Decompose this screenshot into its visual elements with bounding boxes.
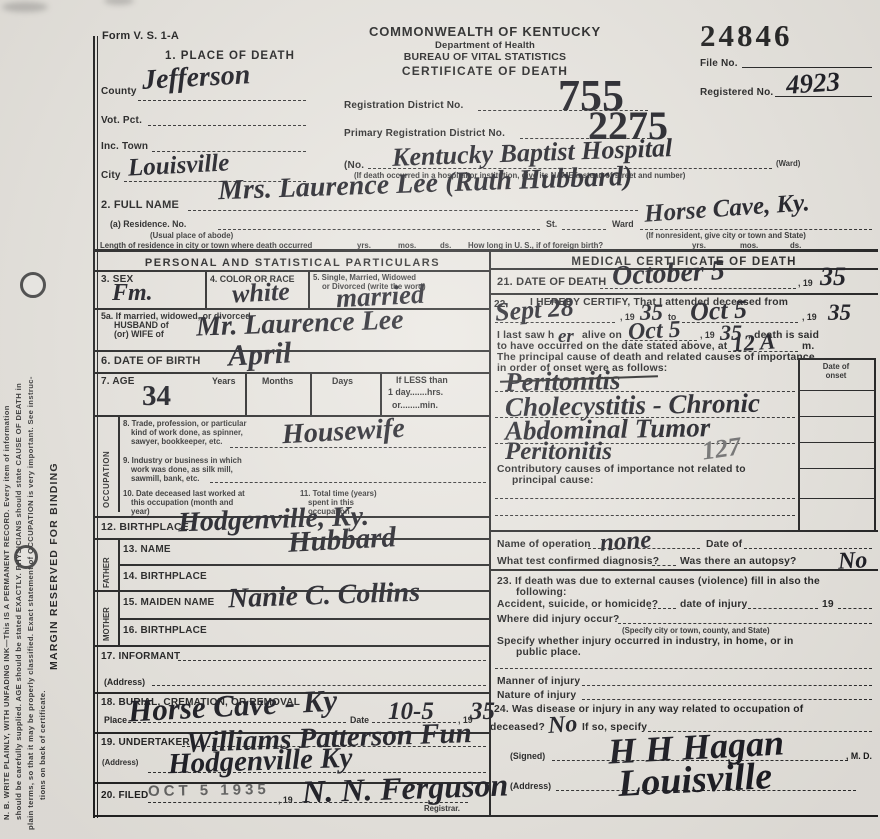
city-label: City bbox=[101, 170, 121, 181]
specify-label-1: Specify whether injury occurred in indus… bbox=[497, 636, 794, 647]
spouse-label-3: (or) WIFE of bbox=[114, 329, 164, 339]
rule-line bbox=[798, 358, 876, 360]
where-injury-label: Where did injury occur? bbox=[497, 614, 619, 625]
residence-value: Horse Cave, Ky. bbox=[643, 189, 810, 228]
bureau-title: BUREAU OF VITAL STATISTICS bbox=[340, 51, 630, 63]
rule-line bbox=[874, 358, 876, 530]
mother-name-value: Nanie C. Collins bbox=[228, 577, 421, 616]
onset-label-2: onset bbox=[800, 371, 872, 380]
inc-town-label: Inc. Town bbox=[101, 141, 148, 152]
full-name-label: 2. FULL NAME bbox=[101, 199, 179, 211]
last-worked-label-1: 10. Date deceased last worked at bbox=[123, 489, 245, 498]
primary-reg-label: Primary Registration District No. bbox=[344, 128, 505, 139]
rule-line bbox=[205, 270, 207, 308]
industry-label-1: 9. Industry or business in which bbox=[123, 456, 242, 465]
county-value: Jefferson bbox=[141, 59, 251, 97]
ward-paren-label: (Ward) bbox=[776, 159, 800, 168]
if-less-label-1: If LESS than bbox=[396, 375, 448, 385]
specify-city-note: (Specify city or town, county, and State… bbox=[622, 626, 770, 635]
nonresident-note: (If nonresident, give city or town and S… bbox=[646, 231, 806, 240]
st-label: St. bbox=[546, 219, 557, 229]
trade-label-3: sawyer, bookkeeper, etc. bbox=[131, 437, 222, 446]
undertaker-label: 19. UNDERTAKER bbox=[101, 737, 190, 748]
rule-line bbox=[95, 415, 490, 417]
rule-line bbox=[798, 468, 876, 469]
rule-line bbox=[798, 498, 876, 499]
if-less-label-2: 1 day.......hrs. bbox=[388, 387, 443, 397]
related-value: No bbox=[547, 711, 578, 740]
rule-line bbox=[95, 372, 490, 374]
vot-pct-line bbox=[148, 125, 306, 126]
sex-value: Fm. bbox=[112, 280, 153, 307]
father-name-label: 13. NAME bbox=[123, 544, 171, 555]
physician-address-label: (Address) bbox=[510, 781, 551, 791]
rule-line bbox=[118, 618, 490, 620]
autopsy-label: Was there an autopsy? bbox=[680, 556, 797, 567]
residence-line bbox=[218, 229, 540, 230]
scan-smudge bbox=[2, 2, 48, 12]
ds-label: ds. bbox=[440, 241, 451, 250]
margin-note-line4: tions on back of certificate. bbox=[38, 640, 47, 800]
rule-line bbox=[95, 815, 878, 817]
mother-vertical-label: MOTHER bbox=[102, 597, 111, 641]
years-label: Years bbox=[212, 376, 235, 386]
father-birthplace-label: 14. BIRTHPLACE bbox=[123, 571, 207, 582]
date-of-label: Date of bbox=[706, 539, 742, 550]
rule-line bbox=[310, 372, 312, 415]
full-name-value: Mrs. Laurence Lee (Ruth Hubbard) bbox=[218, 161, 633, 207]
industry-line bbox=[210, 482, 486, 483]
informant-label: 17. INFORMANT bbox=[101, 651, 180, 662]
operation-label: Name of operation bbox=[497, 539, 591, 550]
ward-label: Ward bbox=[612, 219, 634, 229]
test-line bbox=[652, 565, 676, 566]
father-vertical-label: FATHER bbox=[102, 544, 111, 588]
last-worked-label-3: year) bbox=[131, 507, 150, 516]
cause-margin-note: 127 bbox=[700, 431, 743, 466]
blank-line bbox=[495, 668, 872, 669]
city-value: Louisville bbox=[127, 149, 230, 182]
form-number: Form V. S. 1-A bbox=[102, 30, 179, 42]
department-title: Department of Health bbox=[340, 40, 630, 51]
how-long-us-label: How long in U. S., if of foreign birth? bbox=[468, 241, 603, 250]
ds-label2: ds. bbox=[790, 241, 801, 250]
contributory-label-2: principal cause: bbox=[512, 475, 594, 486]
full-name-line bbox=[188, 210, 638, 211]
rule-line bbox=[798, 358, 800, 530]
margin-note-line2: should be carefully supplied. AGE should… bbox=[14, 120, 23, 820]
rule-line bbox=[95, 645, 490, 647]
registrar-label: Registrar. bbox=[424, 804, 460, 813]
cause-4-value: Peritonitis bbox=[505, 438, 612, 466]
autopsy-value: No bbox=[837, 547, 868, 575]
rule-line bbox=[93, 36, 95, 818]
birthplace-label: 12. BIRTHPLACE bbox=[101, 521, 189, 533]
if-less-label-3: or........min. bbox=[392, 400, 438, 410]
signed-label: (Signed) bbox=[510, 751, 545, 761]
nature-injury-line bbox=[582, 699, 872, 700]
last-saw-label-1: I last saw h bbox=[497, 330, 554, 341]
months-label: Months bbox=[262, 376, 293, 386]
manner-injury-line bbox=[582, 685, 872, 686]
date-injury-line bbox=[748, 608, 818, 609]
occurred-label: to have occurred on the date stated abov… bbox=[497, 341, 727, 352]
trade-value: Housewife bbox=[281, 413, 405, 451]
onset-label-1: Date of bbox=[800, 362, 872, 371]
item-24-label: 24. Was disease or injury in any way rel… bbox=[494, 704, 803, 715]
dob-value: April bbox=[227, 336, 292, 373]
filed-date-stamp: OCT 5 1935 bbox=[148, 781, 270, 800]
contributory-line-2 bbox=[495, 515, 795, 516]
attended-from-line bbox=[495, 322, 615, 323]
mother-birthplace-label: 16. BIRTHPLACE bbox=[123, 625, 207, 636]
test-label: What test confirmed diagnosis? bbox=[497, 556, 659, 567]
md-label: , M. D. bbox=[846, 751, 872, 761]
m-label: m. bbox=[802, 341, 814, 352]
age-label: 7. AGE bbox=[101, 376, 135, 387]
dod-year-value: 35 bbox=[820, 262, 846, 292]
father-name-value: Hubbard bbox=[287, 521, 397, 560]
last-saw-19-label: , 19 bbox=[700, 330, 715, 340]
days-label: Days bbox=[332, 376, 353, 386]
burial-place-label: Place bbox=[104, 715, 127, 725]
rule-line bbox=[118, 415, 120, 512]
certificate-number: 24846 bbox=[700, 18, 793, 54]
total-time-label-1: 11. Total time (years) bbox=[300, 489, 377, 498]
rule-line bbox=[798, 442, 876, 443]
yrs-label2: yrs. bbox=[692, 241, 706, 250]
rule-line bbox=[490, 569, 878, 571]
county-label: County bbox=[101, 86, 137, 97]
rule-line bbox=[97, 36, 98, 818]
vot-pct-label: Vot. Pct. bbox=[101, 115, 142, 126]
margin-binding-label: MARGIN RESERVED FOR BINDING bbox=[48, 325, 60, 670]
personal-section-title: PERSONAL AND STATISTICAL PARTICULARS bbox=[95, 257, 490, 269]
rule-line bbox=[798, 416, 876, 417]
registered-no-value: 4923 bbox=[785, 66, 841, 101]
rule-line bbox=[95, 270, 490, 272]
undertaker-address-label: (Address) bbox=[102, 758, 138, 767]
to-19-label: , 19 bbox=[802, 312, 817, 322]
to-year-value: 35 bbox=[828, 300, 851, 326]
trade-label-2: kind of work done, as spinner, bbox=[131, 428, 243, 437]
registrar-signature: N. N. Ferguson bbox=[301, 766, 508, 810]
rule-line bbox=[308, 270, 310, 308]
age-value: 34 bbox=[142, 380, 171, 413]
rule-line bbox=[798, 390, 876, 391]
file-no-label: File No. bbox=[700, 58, 738, 69]
length-residence-label: Length of residence in city or town wher… bbox=[100, 241, 312, 250]
injury-19-line bbox=[838, 608, 872, 609]
physician-address-value: Louisville bbox=[617, 754, 773, 806]
residence-label: (a) Residence. No. bbox=[110, 219, 186, 229]
industry-label-3: sawmill, bank, etc. bbox=[131, 474, 199, 483]
contributory-line-1 bbox=[495, 498, 795, 499]
accident-label: Accident, suicide, or homicide? bbox=[497, 599, 658, 610]
nature-injury-label: Nature of injury bbox=[497, 690, 576, 701]
mos-label: mos. bbox=[398, 241, 416, 250]
dob-label: 6. DATE OF BIRTH bbox=[101, 355, 201, 367]
date-injury-label: date of injury bbox=[680, 599, 747, 610]
last-saw-label-2: alive on bbox=[582, 330, 622, 341]
specify-label-2: public place. bbox=[516, 647, 581, 658]
accident-line bbox=[648, 608, 676, 609]
where-injury-line bbox=[618, 623, 872, 624]
trade-label-1: 8. Trade, profession, or particular bbox=[123, 419, 247, 428]
manner-injury-label: Manner of injury bbox=[497, 676, 580, 687]
item-23-label-2: following: bbox=[516, 587, 567, 598]
operation-value: none bbox=[599, 526, 652, 558]
mos-label2: mos. bbox=[740, 241, 758, 250]
filed-19-label: , 19 bbox=[278, 795, 293, 805]
informant-address-label: (Address) bbox=[104, 677, 145, 687]
informant-line bbox=[178, 660, 486, 661]
rule-line bbox=[380, 372, 382, 415]
county-line bbox=[138, 100, 306, 101]
injury-19-label: 19 bbox=[822, 599, 834, 610]
yrs-label: yrs. bbox=[357, 241, 371, 250]
item-23-label-1: 23. If death was due to external causes … bbox=[497, 576, 820, 587]
st-line bbox=[562, 229, 606, 230]
race-value: white bbox=[231, 277, 290, 310]
margin-note-line1: N. B. WRITE PLAINLY, WITH UNFADING INK—T… bbox=[2, 90, 11, 820]
principal-label-1: The principal cause of death and related… bbox=[497, 352, 815, 363]
spouse-value: Mr. Laurence Lee bbox=[196, 304, 405, 343]
death-certificate-scan: N. B. WRITE PLAINLY, WITH UNFADING INK—T… bbox=[0, 0, 880, 839]
deceased-label: deceased? bbox=[490, 722, 545, 733]
scan-smudge bbox=[104, 0, 134, 5]
occupation-vertical-label: OCCUPATION bbox=[102, 428, 111, 508]
registered-no-label: Registered No. bbox=[700, 87, 773, 98]
rule-line bbox=[490, 530, 878, 532]
abode-note: (Usual place of abode) bbox=[150, 231, 233, 240]
ward-line bbox=[640, 229, 872, 230]
commonwealth-title: COMMONWEALTH OF KENTUCKY bbox=[340, 24, 630, 39]
contributory-label-1: Contributory causes of importance not re… bbox=[497, 464, 746, 475]
rule-line bbox=[95, 350, 490, 352]
reg-district-label: Registration District No. bbox=[344, 100, 463, 111]
dod-value: October 5 bbox=[611, 255, 725, 293]
dod-label: 21. DATE OF DEATH bbox=[497, 276, 606, 288]
industry-label-2: work was done, as silk mill, bbox=[131, 465, 233, 474]
mother-name-label: 15. MAIDEN NAME bbox=[123, 597, 214, 608]
rule-line bbox=[118, 564, 490, 566]
margin-note-line3: plain terms, so that it may be properly … bbox=[26, 150, 35, 830]
dod-19-label: , 19 bbox=[798, 278, 813, 288]
rule-line bbox=[245, 372, 247, 415]
filed-label: 20. FILED bbox=[101, 790, 148, 801]
